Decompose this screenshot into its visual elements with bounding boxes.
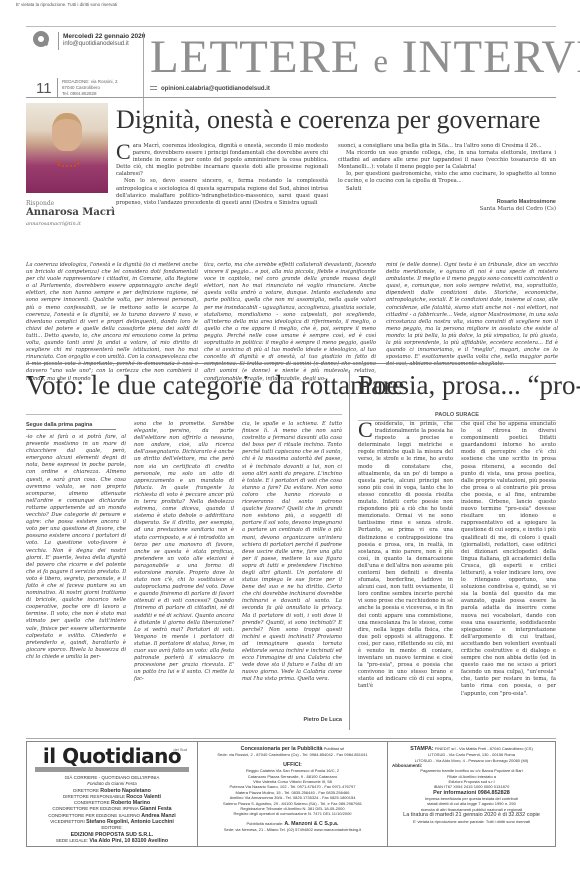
reply-column-2: tica, certo, ma che avrebbe effetti coll… <box>204 262 376 383</box>
section-divider <box>26 363 556 364</box>
pubblicita-sede: Sede: via Rossini, 2 - 87040 Castroliber… <box>198 752 387 757</box>
voto-column-3: cia, le spalle e la schiena. E tutto fin… <box>242 421 342 683</box>
poesia-column-1: C onsiderato, in primis, che tradizional… <box>358 421 453 691</box>
letter-signature: Rosario Mastrosimone <box>338 199 556 206</box>
header-bottom-rule <box>26 97 556 98</box>
voto-column-1: -io che si farà o si potrà fare, al pres… <box>26 434 126 661</box>
reply-column-1: La coerenza ideologica, l'onestà e la di… <box>26 262 198 383</box>
copyright-notice: E' vietata la riproduzione. Tutti i diri… <box>16 2 117 7</box>
letter-paragraph: Non lo so, devo essere sincero, e, ferma… <box>116 178 328 206</box>
pubblicita-box: Concessionaria per la Pubblicità Publifa… <box>198 741 388 847</box>
voto-headline: Voto: le due categorie da rottamare <box>26 370 404 401</box>
opinioni-email[interactable]: opinioni.calabria@quotidianodelsud.it <box>150 86 270 92</box>
letter-paragraph: Ma ricordo un suo grande collega, che, i… <box>338 150 556 171</box>
dropcap: C <box>358 421 373 439</box>
masthead-sub: del Sud <box>173 747 187 752</box>
masthead-box: il Quotidiano del Sud GIÀ CORRIERE - QUO… <box>26 741 198 847</box>
masthead-wrap: il Quotidiano del Sud <box>27 745 197 767</box>
poesia-column-2: che quel che ho appena enunciato lo si r… <box>461 421 556 698</box>
quotidiano-logo-icon <box>33 31 49 47</box>
letter-place: Santa Maria del Cedro (Cs) <box>338 206 556 213</box>
poesia-headline: Poesia, prosa... “pro-esia” <box>358 370 580 401</box>
letter-column-1: C ara Macrì, coerenza ideologica, dignit… <box>116 143 328 207</box>
voto-column-2: sona che lo promette. Sarebbe elegante, … <box>134 421 234 683</box>
risponde-label: Risponde <box>26 200 54 207</box>
header-email-link[interactable]: info@quotidianodelsud.it <box>63 41 129 47</box>
dropcap: C <box>116 143 131 161</box>
kicker-segue: Segue dalla prima pagina <box>26 422 116 430</box>
respondent-email[interactable]: annarosamacri@tin.it <box>26 221 81 227</box>
poesia-author: PAOLO SURACE <box>358 412 556 421</box>
opinioni-email-text: opinioni.calabria@quotidianodelsud.it <box>161 86 270 92</box>
letter-paragraph: Io, per questioni gastronomiche, visto c… <box>338 171 556 185</box>
section-title: LETTERE e INTERVENTI <box>150 32 580 87</box>
headline-rule <box>26 414 342 415</box>
pubblicita-nazionale-sede: Sede: via Nervesa, 21 - Milano Tel. (02)… <box>198 827 387 832</box>
section-title-conj: e <box>373 44 389 80</box>
reply-column-3: mini (e delle donne). Ogni testa è un tr… <box>386 262 558 368</box>
respondent-name: Annarosa Macrì <box>26 207 115 218</box>
header-divider <box>58 32 59 50</box>
tiratura: La tiratura di martedì 21 gennaio 2020 è… <box>388 812 555 819</box>
stampa-box: STAMPA: FINEDIT srl - Via Mattia Preti -… <box>388 741 556 847</box>
staff-line: SEDE LEGALE: Via Aldo Pini, 10 83100 Ave… <box>27 838 197 844</box>
letter-paragraph: suonci, a consigliare una bella gita in … <box>338 143 556 150</box>
header-divider <box>57 78 58 98</box>
masthead-logo: il Quotidiano <box>27 745 197 767</box>
section-title-part2: INTERVENTI <box>389 31 580 83</box>
redazione-address: REDAZIONE: via Rossini, 2 87040 Castroli… <box>62 79 118 97</box>
respondent-photo <box>26 103 108 193</box>
page-number: 11 <box>36 80 52 97</box>
photo-necklace <box>56 161 80 167</box>
letter-paragraph: ara Macrì, coerenza ideologica, dignità … <box>116 143 328 178</box>
letter-column-2: suonci, a consigliare una bella gita in … <box>338 143 556 213</box>
mail-icon <box>150 86 157 90</box>
photo-face <box>52 113 82 151</box>
riproduzione-notice: E' vietata la riproduzione anche parzial… <box>388 819 555 824</box>
column-divider <box>349 370 350 730</box>
voto-signature: Pietro De Luca <box>242 717 342 723</box>
top-article-headline: Dignità, onestà e coerenza per governare <box>116 105 540 135</box>
header-top-rule <box>26 26 556 27</box>
issue-date: Mercoledì 22 gennaio 2020 <box>63 33 145 40</box>
footer-rule <box>26 738 556 739</box>
letter-paragraph: Saluti <box>338 186 556 193</box>
section-title-part1: LETTERE <box>150 31 373 83</box>
poesia-text: onsiderato, in primis, che tradizionalme… <box>358 421 453 689</box>
